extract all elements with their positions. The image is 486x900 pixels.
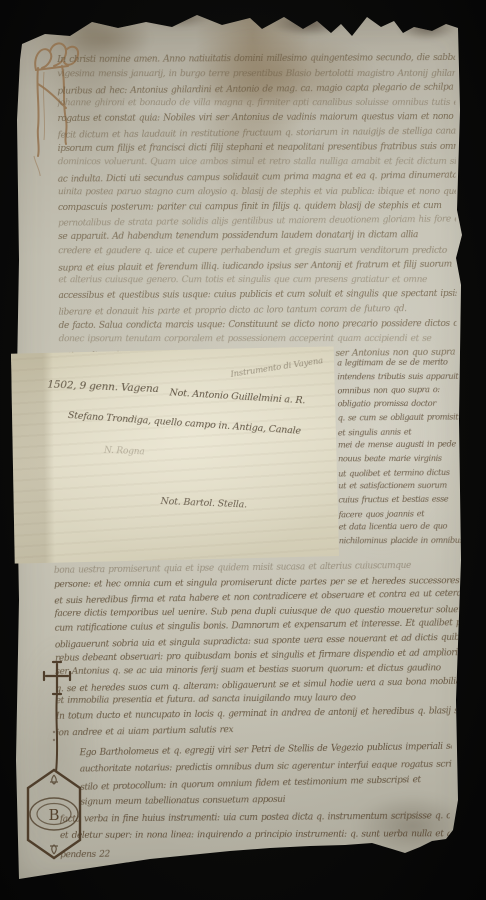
manuscript-closing-block: facta verba in fine huius instrumenti: u… — [60, 808, 450, 862]
manuscript-line: facere quos joannis et — [338, 506, 460, 521]
slip-date-note: 1502, 9 genn. Vagena — [47, 378, 159, 395]
signum-staff — [56, 694, 57, 772]
manuscript-line: obligatio promissa doctor — [338, 397, 460, 411]
notary-attestation-block: Ego Bartholomeus et q. egregij viri ser … — [79, 739, 452, 812]
parchment-edge-burn — [398, 16, 456, 40]
notary-signum: B — [18, 612, 94, 870]
manuscript-line: intendens tributis suis apparuit — [337, 369, 459, 383]
slip-center-note: Not. Bartol. Stella. — [160, 496, 247, 511]
manuscript-top-block: In christi nomine amen. Anno natiuitatis… — [57, 51, 457, 363]
parchment-edge-burn — [272, 10, 344, 36]
manuscript-line: q. se cum se obligauit promisit — [338, 410, 460, 425]
manuscript-line: nichilominus placide in omnibus — [339, 534, 461, 548]
manuscript-line: et alterius cuiusque genero. Cum totis e… — [58, 273, 456, 288]
manuscript-line: cuius fructus et bestias esse — [338, 492, 460, 507]
manuscript-line: et data licentia uero de quo — [339, 520, 461, 535]
manuscript-line: a legitimam de se de merito — [337, 355, 459, 370]
slip-corner-note: Instrumento di Vayena — [229, 356, 323, 380]
signum-letter: B — [48, 806, 59, 824]
manuscript-line: donec ipsorum tenutam corporalem et poss… — [59, 332, 457, 347]
manuscript-line: nouus beate marie virginis — [338, 452, 460, 466]
manuscript-line: johanne ghironi et bonaudo de villa magn… — [57, 96, 455, 111]
archivist-slip: Instrumento di Vayena 1502, 9 genn. Vage… — [11, 346, 339, 563]
manuscript-right-column: a legitimam de se de meritointendens tri… — [337, 355, 461, 548]
manuscript-line: mei de mense augusti in pede — [338, 438, 460, 453]
manuscript-line: credere et gaudere q. uice et cupere per… — [58, 244, 456, 259]
manuscript-line: vigesima mensis januarij, in burgo terre… — [57, 67, 455, 82]
slip-notary-note: Not. Antonio Guillelmini a. R. — [169, 387, 305, 406]
manuscript-mid-block: bona uestra promiserunt quia et ipse qui… — [54, 558, 462, 739]
photo-backdrop: In christi nomine amen. Anno natiuitatis… — [0, 0, 486, 900]
manuscript-line: et singulis annis et — [338, 424, 460, 439]
parchment-edge-burn — [148, 6, 210, 28]
manuscript-line: ut et satisfactionem suorum — [338, 479, 460, 493]
manuscript-line: pendens 22 — [60, 842, 450, 864]
slip-faint-note: N. Rogna — [104, 446, 145, 458]
slip-subject-note: Stefano Trondiga, quello campo in. Antig… — [68, 410, 302, 437]
manuscript-line: In christi nomine amen. Anno natiuitatis… — [57, 51, 455, 68]
manuscript-line: uinita postea paruo stagno cum aloysio q… — [58, 185, 456, 200]
manuscript-line: dominicos voluerunt. Quam uice ambos sim… — [58, 155, 456, 170]
